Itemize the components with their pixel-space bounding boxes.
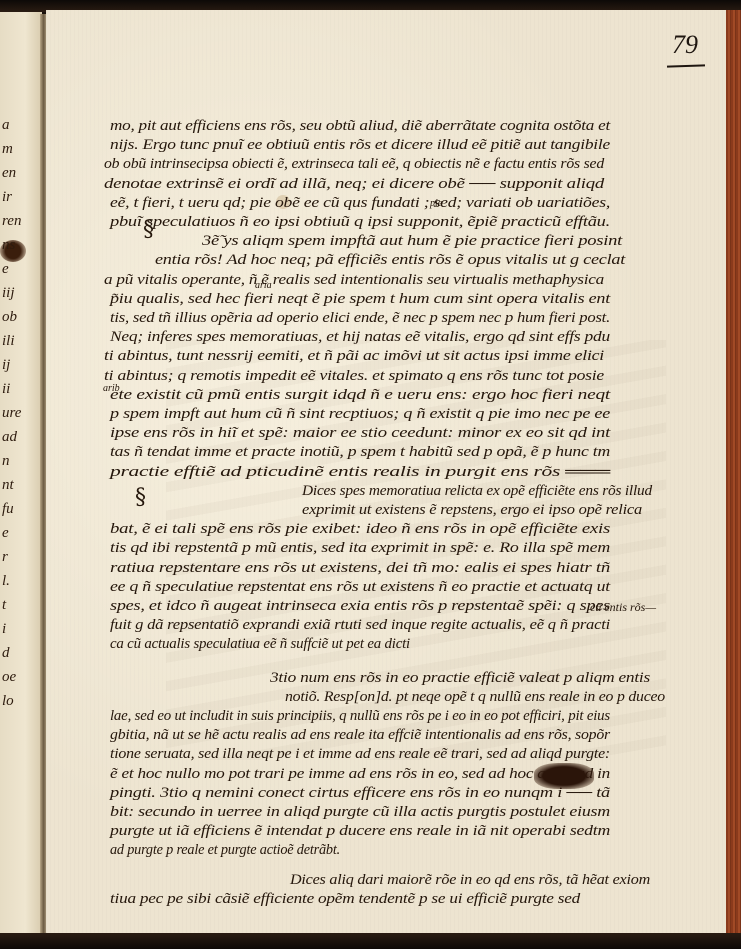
left-page-text-fragment: a [2,117,10,134]
left-page-text-fragment: iij [2,285,15,302]
manuscript-line: denotae extrinsẽ ei ordĩ ad illã, neq; e… [104,176,604,193]
manuscript-line: gbitia, nã ut se hẽ actu realis ad ens r… [110,727,610,744]
ink-smudge [534,763,594,789]
left-page-text-fragment: d [2,645,10,662]
manuscript-line: lae, sed eo ut includit in suis principi… [110,708,610,725]
left-page-text-fragment: oe [2,669,16,686]
left-page-text-fragment: ij [2,357,10,374]
manuscript-line: bit: secundo in uerree in aliqd purgte c… [110,804,610,821]
manuscript-line: mo, pit aut efficiens ens rõs, seu obtũ … [110,118,610,135]
manuscript-line: p̃iu qualis, sed hec fieri neqt ẽ pie sp… [110,291,610,308]
left-page-text-fragment: ren [2,213,21,230]
margin-note: cũ entis rõs— [590,600,656,615]
left-page-text-fragment: ns [2,237,15,254]
left-page-text-fragment: e [2,525,9,542]
facing-left-page: amenirrennseiijobiliijiiureadnntfuerl.ti… [0,12,42,937]
scan-bottom-shadow [0,933,741,949]
manuscript-line: ete existit cũ pmũ entis surgit idqd ñ e… [110,387,610,404]
manuscript-line: tis qd ibi repstentã p mũ entis, sed ita… [110,540,610,557]
manuscript-line: bat, ẽ ei tali spẽ ens rõs pie exibet: i… [110,521,610,538]
left-page-text-fragment: ob [2,309,17,326]
manuscript-line: pbuĩ speculatiuos ñ eo ipsi obtiuũ q ips… [110,214,610,231]
manuscript-line: ti abintus, tunt nessrij eemiti, et ñ pã… [104,348,604,365]
manuscript-line: 3tio num ens rõs in eo practie efficiẽ v… [270,670,650,687]
interlinear-note: arib [103,383,120,394]
manuscript-line: ee q ñ speculatiue repstentat ens rõs ut… [110,579,610,596]
manuscript-line: notiõ. Resp[on]d. pt neqe opẽ t q nullũ … [285,689,665,706]
left-page-text-fragment: i [2,621,6,638]
left-page-text-fragment: e [2,261,9,278]
left-page-text-fragment: en [2,165,16,182]
manuscript-line: exprimit ut existens ẽ repstens, ergo ei… [302,502,642,519]
manuscript-line: practie efftiẽ ad pticudinẽ entis realis… [110,464,610,481]
left-page-text-fragment: m [2,141,13,158]
left-page-text-fragment: ure [2,405,21,422]
manuscript-line: nijs. Ergo tunc pnuĩ ee obtiuũ entis rõs… [110,137,610,154]
left-page-text-fragment: ir [2,189,12,206]
manuscript-line: purgte ut iã efficiens ẽ intendat p duce… [110,823,610,840]
folio-number: 79 [672,30,698,60]
left-page-text-fragment: r [2,549,8,566]
manuscript-line: Dices aliq dari maiorẽ rõe in eo qd ens … [290,872,650,889]
manuscript-line: a pũ vitalis operante, ñ ẽ realis sed in… [104,272,604,289]
left-page-text-fragment: n [2,453,10,470]
left-page-text-fragment: l. [2,573,10,590]
interlinear-note: pie [430,198,442,209]
manuscript-line: tiua pec pe sibi cãsiẽ efficiente opẽm t… [110,891,580,908]
interlinear-note: aria [255,280,272,291]
paragraph-mark: § [135,485,146,510]
manuscript-line: ob obũ intrinsecipsa obiecti ẽ, extrinse… [104,156,604,173]
page-edges [726,10,741,935]
manuscript-line: tione seruata, sed illa neqt pe i et imm… [110,746,610,763]
left-page-text-fragment: lo [2,693,14,710]
left-page-text-fragment: ili [2,333,15,350]
manuscript-line: ti abintus; q remotis impedit eẽ vitales… [104,368,604,385]
paragraph-mark: § [143,217,154,242]
manuscript-line: ratiua repstentare ens rõs ut existens, … [110,560,610,577]
manuscript-line: ad purgte p reale et purgte actioẽ detrã… [110,842,340,859]
left-page-text-fragment: ad [2,429,17,446]
manuscript-line: tas ñ tendat imme et practe inotiũ, p sp… [110,444,610,461]
left-page-text-fragment: t [2,597,6,614]
manuscript-line: 3ẽ̃ ys aliqm spem impftã aut hum ẽ pie p… [202,233,622,250]
left-page-text-fragment: nt [2,477,14,494]
manuscript-line: fuit g dã repsentatiõ exprandi exiã rtut… [110,617,610,634]
manuscript-line: Dices spes memoratiua relicta ex opẽ eff… [302,483,652,500]
manuscript-line: eẽ, t fieri, t ueru qd; pie obẽ ee cũ qu… [110,195,610,212]
manuscript-line: pingti. 3tio q nemini conect cirtus effi… [110,785,610,802]
manuscript-line: ca cũ actualis speculatiua eẽ ñ suffciẽ … [110,636,410,653]
manuscript-line: spes, et idco ñ augeat intrinseca exia e… [110,598,610,615]
left-page-text-fragment: ii [2,381,10,398]
manuscript-line: ipse ens rõs in hiĩ et spẽ: maior ee sti… [110,425,610,442]
manuscript-line: Neq; inferes spes memoratiuas, et hij na… [110,329,610,346]
manuscript-line: tis, sed tñ illius opẽria ad operio elic… [110,310,610,327]
manuscript-line: p spem impft aut hum cũ ñ sint recptiuos… [110,406,610,423]
manuscript-line: entia rõs! Ad hoc neq; pã efficiẽs entis… [155,252,625,269]
left-page-text-fragment: fu [2,501,14,518]
